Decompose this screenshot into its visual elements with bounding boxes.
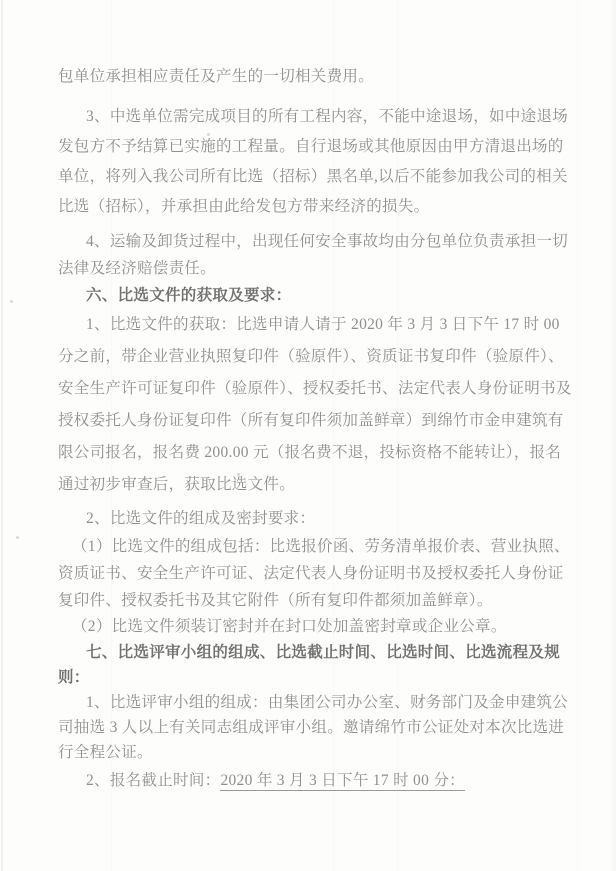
- paragraph-h7: 七、比选评审小组的组成、比选截止时间、比选时间、比选流程及规则：: [58, 640, 598, 690]
- document-line: 六、比选文件的获取及要求：: [58, 282, 598, 309]
- document-line: 七、比选评审小组的组成、比选截止时间、比选时间、比选流程及规: [58, 640, 598, 665]
- document-line: （1）比选文件的组成包括：比选报价函、劳务清单报价表、营业执照、: [58, 533, 598, 560]
- document-line: 复印件、授权委托书及其它附件（所有复印件都须加盖鲜章）。: [58, 587, 598, 614]
- document-line: 1、比选评审小组的组成：由集团公司办公室、财务部门及金申建筑公: [58, 690, 598, 715]
- scan-speck: [16, 536, 19, 539]
- deadline-underlined-text: 2020 年 3 月 3 日下午 17 时 00 分：: [220, 772, 464, 791]
- document-line: 法律及经济赔偿责任。: [58, 255, 598, 282]
- paragraph-p7: （2）比选文件须装订密封并在封口处加盖密封章或企业公章。: [58, 614, 598, 640]
- document-line: 发包方不予结算已实施的工程量。自行退场或其他原因由甲方清退出场的: [58, 132, 598, 162]
- paragraph-p1: 包单位承担相应责任及产生的一切相关费用。: [58, 62, 598, 92]
- document-line: 限公司报名，报名费 200.00 元（报名费不退，投标资格不能转让），报名: [58, 437, 598, 469]
- document-line: 资质证书、安全生产许可证、法定代表人身份证明书及授权委托人身份证: [58, 560, 598, 587]
- document-line: 安全生产许可证复印件（验原件）、授权委托书、法定代表人身份证明书及: [58, 373, 598, 405]
- paragraph-p8: 1、比选评审小组的组成：由集团公司办公室、财务部门及金申建筑公司抽选 3 人以上…: [58, 690, 598, 765]
- document-line: 则：: [58, 665, 598, 690]
- document-line: 司抽选 3 人以上有关同志组成评审小组。邀请绵竹市公证处对本次比选进: [58, 715, 598, 740]
- paragraph-p5: 2、比选文件的组成及密封要求：: [58, 505, 598, 533]
- document-line: 通过初步审查后，获取比选文件。: [58, 469, 598, 501]
- document-content: 包单位承担相应责任及产生的一切相关费用。3、中选单位需完成项目的所有工程内容，不…: [58, 62, 598, 794]
- document-line: 分之前，带企业营业执照复印件（验原件）、资质证书复印件（验原件）、: [58, 341, 598, 373]
- scan-edge-left: [1, 0, 3, 871]
- document-line: 比选（招标），并承担由此给发包方带来经济的损失。: [58, 192, 598, 222]
- document-line: 单位，将列入我公司所有比选（招标）黑名单,以后不能参加我公司的相关: [58, 162, 598, 192]
- paragraph-p9: 2、报名截止时间：2020 年 3 月 3 日下午 17 时 00 分：: [58, 768, 598, 794]
- document-line: （2）比选文件须装订密封并在封口处加盖密封章或企业公章。: [58, 614, 598, 640]
- document-line: 行全程公证。: [58, 740, 598, 765]
- paragraph-p2: 3、中选单位需完成项目的所有工程内容，不能中途退场，如中途退场发包方不予结算已实…: [58, 102, 598, 222]
- document-line: 2、比选文件的组成及密封要求：: [58, 505, 598, 533]
- paragraph-p3: 4、运输及卸货过程中，出现任何安全事故均由分包单位负责承担一切法律及经济赔偿责任…: [58, 228, 598, 282]
- deadline-label: 2、报名截止时间：: [86, 772, 220, 789]
- document-line: 1、比选文件的获取：比选申请人请于 2020 年 3 月 3 日下午 17 时 …: [58, 309, 598, 341]
- document-line: 2、报名截止时间：2020 年 3 月 3 日下午 17 时 00 分：: [58, 768, 598, 794]
- paragraph-p6: （1）比选文件的组成包括：比选报价函、劳务清单报价表、营业执照、资质证书、安全生…: [58, 533, 598, 614]
- paragraph-h6: 六、比选文件的获取及要求：: [58, 282, 598, 309]
- paragraph-p4: 1、比选文件的获取：比选申请人请于 2020 年 3 月 3 日下午 17 时 …: [58, 309, 598, 501]
- scan-speck: [10, 300, 13, 303]
- document-line: 授权委托人身份证复印件（所有复印件须加盖鲜章）到绵竹市金申建筑有: [58, 405, 598, 437]
- document-line: 3、中选单位需完成项目的所有工程内容，不能中途退场，如中途退场: [58, 102, 598, 132]
- document-line: 4、运输及卸货过程中，出现任何安全事故均由分包单位负责承担一切: [58, 228, 598, 255]
- scan-edge-right: [609, 0, 616, 871]
- document-line: 包单位承担相应责任及产生的一切相关费用。: [58, 62, 598, 92]
- document-page: 包单位承担相应责任及产生的一切相关费用。3、中选单位需完成项目的所有工程内容，不…: [0, 0, 616, 871]
